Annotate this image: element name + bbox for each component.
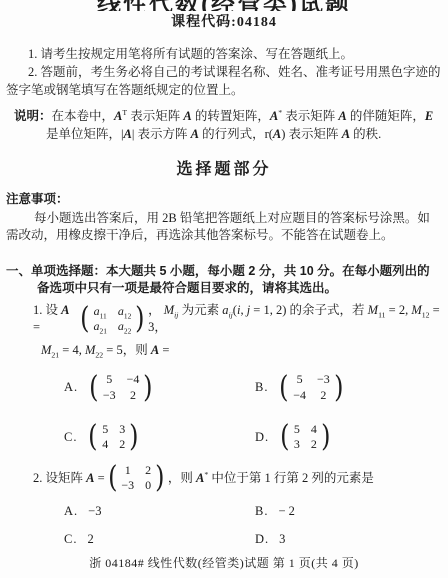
- q1-matrix-cell: a21: [93, 319, 106, 335]
- exam-page: 线性代数(经管类)试题 课程代码:04184 1. 请考生按规定用笔将所有试题的…: [0, 0, 448, 548]
- matrix-cell: 2: [145, 463, 151, 479]
- option-label: A.: [64, 379, 78, 397]
- question-2-line: 2. 设矩阵 A = ( 1 2 −3 0 ) ，则 A* 中位于第 1 行第 …: [33, 462, 442, 495]
- left-paren-icon: (: [89, 374, 98, 403]
- option-value: 3: [279, 531, 285, 549]
- notice-body: 每小题选出答案后，用 2B 铅笔把答题纸上对应题目的答案标号涂黑。如需改动，用橡…: [6, 210, 442, 245]
- option-value: 2: [87, 531, 93, 549]
- question-1: 1. 设 A = ( a11 a12 a21 a22 ) ， Mij 为元素 a…: [33, 302, 442, 454]
- q1-option-a: A. ( 5 −4 −3 2 ): [64, 371, 255, 404]
- option-label: C.: [64, 531, 77, 549]
- q2-text-after-matrix: ，则 A* 中位于第 1 行第 2 列的元素是: [168, 470, 374, 488]
- right-paren-icon: ): [334, 374, 343, 403]
- instruction-item-2: 2. 答题前，考生务必将自己的考试课程名称、姓名、准考证号用黑色字迹的签字笔或钢…: [6, 64, 442, 99]
- q2-option-c: C. 2: [64, 531, 255, 549]
- q1-intro: 1. 设 A =: [33, 302, 77, 337]
- right-paren-icon: ): [136, 305, 145, 334]
- matrix-cell: 4: [311, 422, 317, 438]
- notation-note: 说明：在本卷中，AT 表示矩阵 A 的转置矩阵，A* 表示矩阵 A 的伴随矩阵，…: [6, 108, 442, 143]
- section-heading: 选择题部分: [6, 159, 442, 181]
- matrix-cell: 5: [294, 422, 300, 438]
- matrix-cell: 2: [311, 437, 317, 453]
- page-footer: 浙 04184# 线性代数(经管类)试题 第 1 页(共 4 页): [0, 555, 448, 572]
- matrix-cell: −4: [127, 372, 140, 388]
- question-1-line1: 1. 设 A = ( a11 a12 a21 a22 ) ， Mij 为元素 a…: [33, 302, 442, 337]
- q2-option-d: D. 3: [255, 531, 442, 549]
- course-code: 课程代码:04184: [6, 13, 442, 33]
- option-label: B.: [255, 379, 268, 397]
- left-paren-icon: (: [89, 423, 98, 452]
- option-matrix: ( 5 −4 −3 2 ): [88, 371, 154, 404]
- matrix-cell: 2: [320, 388, 326, 404]
- q1-option-d: D. ( 5 4 3 2 ): [255, 421, 442, 454]
- q2-option-b: B. − 2: [255, 503, 442, 521]
- matrix-cell: 2: [119, 437, 125, 453]
- part1-heading: 一、单项选择题：本大题共 5 小题，每小题 2 分，共 10 分。在每小题列出的…: [6, 263, 442, 298]
- matrix-cell: 3: [294, 437, 300, 453]
- q2-options: A. −3 B. − 2 C. 2 D. 3: [64, 503, 442, 548]
- matrix-cell: −4: [293, 388, 306, 404]
- q1-options: A. ( 5 −4 −3 2 ) B. ( 5: [64, 371, 442, 453]
- right-paren-icon: ): [129, 423, 138, 452]
- right-paren-icon: ): [321, 423, 330, 452]
- q2-option-a: A. −3: [64, 503, 255, 521]
- matrix-cell: −3: [121, 478, 134, 494]
- right-paren-icon: ): [155, 464, 164, 493]
- option-matrix: ( 5 4 3 2 ): [279, 421, 331, 454]
- q1-option-c: C. ( 5 3 4 2 ): [64, 421, 255, 454]
- q1-matrix-cell: a22: [118, 319, 131, 335]
- option-matrix: ( 5 −3 −4 2 ): [278, 371, 344, 404]
- exam-title-text: 线性代数(经管类)试题: [97, 0, 351, 11]
- matrix-cell: 3: [119, 422, 125, 438]
- matrix-cell: −3: [317, 372, 330, 388]
- q1-text-after-matrix: ， Mij 为元素 aij(i, j = 1, 2) 的余子式，若 M11 = …: [148, 302, 442, 337]
- option-label: D.: [255, 429, 269, 447]
- left-paren-icon: (: [80, 305, 89, 334]
- notice-label: 注意事项：: [6, 191, 442, 209]
- option-matrix: ( 5 3 4 2 ): [87, 421, 139, 454]
- q1-matrix-cell: a12: [118, 304, 131, 320]
- q2-intro: 2. 设矩阵 A =: [33, 470, 105, 488]
- right-paren-icon: ): [144, 374, 153, 403]
- matrix-cell: 4: [102, 437, 108, 453]
- instruction-item-1: 1. 请考生按规定用笔将所有试题的答案涂、写在答题纸上。: [6, 46, 442, 64]
- matrix-cell: 5: [102, 422, 108, 438]
- q2-matrix: ( 1 2 −3 0 ): [107, 462, 166, 495]
- matrix-cell: 1: [125, 463, 131, 479]
- matrix-cell: 2: [130, 388, 136, 404]
- option-label: A.: [64, 503, 78, 521]
- option-label: D.: [255, 531, 269, 549]
- left-paren-icon: (: [280, 423, 289, 452]
- q1-matrix-cell: a11: [94, 304, 107, 320]
- matrix-cell: −3: [103, 388, 116, 404]
- left-paren-icon: (: [280, 374, 289, 403]
- option-label: C.: [64, 429, 77, 447]
- option-value: − 2: [278, 503, 294, 521]
- q1-matrix-cells: a11 a12 a21 a22: [90, 303, 134, 336]
- clipped-exam-title: 线性代数(经管类)试题: [6, 0, 442, 11]
- matrix-cell: 5: [297, 372, 303, 388]
- left-paren-icon: (: [108, 464, 117, 493]
- notation-note-text: 说明：在本卷中，AT 表示矩阵 A 的转置矩阵，A* 表示矩阵 A 的伴随矩阵，…: [14, 109, 433, 141]
- option-label: B.: [255, 503, 268, 521]
- option-value: −3: [88, 503, 101, 521]
- question-1-line2: M21 = 4, M22 = 5，则 A =: [41, 342, 442, 360]
- q1-matrix: ( a11 a12 a21 a22 ): [79, 303, 146, 336]
- matrix-cell: 5: [106, 372, 112, 388]
- question-2: 2. 设矩阵 A = ( 1 2 −3 0 ) ，则 A* 中位于第 1 行第 …: [33, 462, 442, 548]
- q1-option-b: B. ( 5 −3 −4 2 ): [255, 371, 442, 404]
- matrix-cell: 0: [145, 478, 151, 494]
